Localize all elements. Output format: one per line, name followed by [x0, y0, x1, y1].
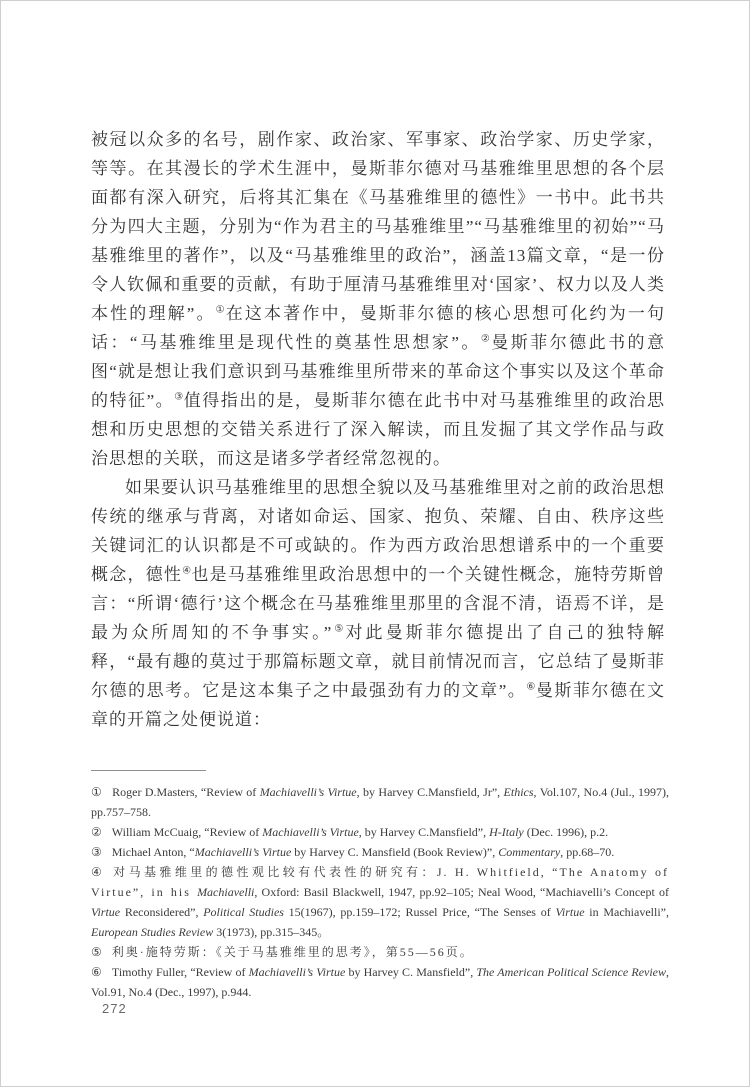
footnote-2-title: Machiavelli’s Virtue [262, 825, 359, 839]
footnote-4-term: Virtue [91, 905, 120, 919]
footnote-4-text: 15(1967), pp.159–172; Russel Price, “The… [284, 905, 556, 919]
footnote-4-journal: Political Studies [203, 905, 284, 919]
footnote-5-text: 利奥·施特劳斯：《关于马基雅维里的思考》，第55—56页。 [112, 945, 474, 959]
footnote-ref-2: ② [481, 333, 491, 344]
footnote-6-title: Machiavelli’s Virtue [249, 965, 346, 979]
footnote-1-text: Roger D.Masters, “Review of [112, 785, 260, 799]
footnotes-block: ①Roger D.Masters, “Review of Machiavelli… [91, 782, 669, 1002]
book-page: 被冠以众多的名号，剧作家、政治家、军事家、政治学家、历史学家，等等。在其漫长的学… [0, 0, 750, 1087]
footnote-1-marker: ① [91, 785, 102, 799]
footnote-divider [91, 770, 206, 771]
footnote-5-marker: ⑤ [91, 945, 102, 959]
page-number: 272 [102, 1001, 127, 1016]
footnote-1-journal: Ethics [504, 785, 534, 799]
footnote-3: ③Michael Anton, “Machiavelli’s Virtue by… [91, 842, 669, 862]
footnote-3-marker: ③ [91, 845, 102, 859]
footnote-3-title: Machiavelli’s Virtue [195, 845, 292, 859]
footnote-6-text: by Harvey C. Mansfield”, [345, 965, 476, 979]
p1-text-4: 值得指出的是，曼斯菲尔德在此书中对马基雅维里的政治思想和历史思想的交错关系进行了… [91, 391, 665, 468]
footnote-2-text: , by Harvey C.Mansfield”, [359, 825, 489, 839]
footnote-4-marker: ④ [91, 865, 103, 879]
footnote-4-text: Reconsidered”, [120, 905, 203, 919]
footnote-6-journal: The American Political Science Review [476, 965, 666, 979]
footnote-4-text: 3(1973), pp.315–345。 [213, 925, 329, 939]
footnote-2: ②William McCuaig, “Review of Machiavelli… [91, 822, 669, 842]
footnote-6-text: Timothy Fuller, “Review of [112, 965, 249, 979]
footnote-1: ①Roger D.Masters, “Review of Machiavelli… [91, 782, 669, 822]
footnote-4-text: in Machiavelli”, [585, 905, 669, 919]
p1-text-1: 被冠以众多的名号，剧作家、政治家、军事家、政治学家、历史学家，等等。在其漫长的学… [91, 130, 665, 323]
footnote-6-marker: ⑥ [91, 965, 102, 979]
footnote-ref-3: ③ [174, 391, 184, 402]
footnote-4-journal: European Studies Review [91, 925, 213, 939]
footnote-1-text: , by Harvey C.Mansfield, Jr”, [357, 785, 504, 799]
footnote-ref-6: ⑥ [526, 681, 536, 692]
footnote-2-text: (Dec. 1996), p.2. [524, 825, 608, 839]
paragraph-2: 如果要认识马基雅维里的思想全貌以及马基雅维里对之前的政治思想传统的继承与背离，对… [91, 473, 665, 734]
footnote-4: ④对马基雅维里的德性观比较有代表性的研究有：J. H. Whitfield, “… [91, 862, 669, 942]
footnote-2-text: William McCuaig, “Review of [112, 825, 262, 839]
footnote-ref-4: ④ [182, 565, 191, 576]
footnote-3-text: by Harvey C. Mansfield (Book Review)”, [291, 845, 498, 859]
footnote-ref-5: ⑤ [332, 623, 345, 634]
footnote-3-text: Michael Anton, “ [112, 845, 195, 859]
footnote-3-text: , pp.68–70. [560, 845, 614, 859]
main-text-block: 被冠以众多的名号，剧作家、政治家、军事家、政治学家、历史学家，等等。在其漫长的学… [91, 125, 665, 734]
footnote-2-journal: H-Italy [489, 825, 524, 839]
footnote-3-journal: Commentary [498, 845, 560, 859]
footnote-1-title: Machiavelli’s Virtue [260, 785, 357, 799]
footnote-ref-1: ① [216, 304, 226, 315]
footnote-4-title: Machiavelli [197, 885, 254, 899]
footnote-2-marker: ② [91, 825, 102, 839]
footnote-5: ⑤利奥·施特劳斯：《关于马基雅维里的思考》，第55—56页。 [91, 942, 669, 962]
footnote-6: ⑥Timothy Fuller, “Review of Machiavelli’… [91, 962, 669, 1002]
footnote-4-term: Virtue [555, 905, 584, 919]
paragraph-1: 被冠以众多的名号，剧作家、政治家、军事家、政治学家、历史学家，等等。在其漫长的学… [91, 125, 665, 473]
footnote-4-text: , Oxford: Basil Blackwell, 1947, pp.92–1… [254, 885, 669, 899]
